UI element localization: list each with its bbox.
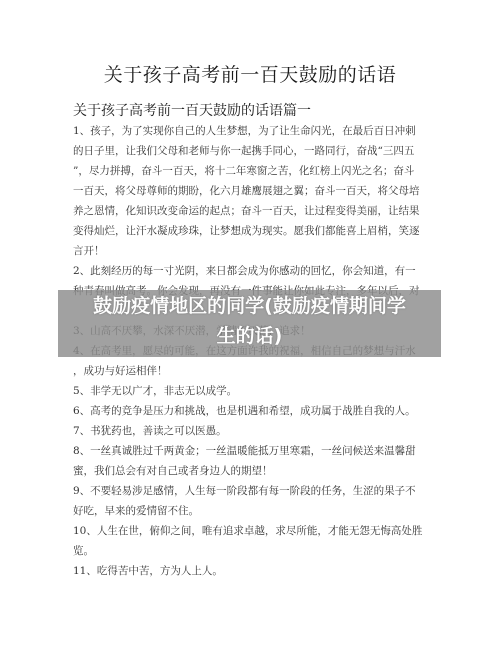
body-line: 11、吃得苦中苦，方为人上人。: [73, 561, 428, 581]
body-line: 7、书犹药也，善读之可以医愚。: [73, 421, 428, 441]
body-line: 9、不要轻易涉足感情，人生每一阶段都有每一阶段的任务，生涩的果子不: [73, 481, 428, 501]
overlay-headline: 鼓励疫情地区的同学(鼓励疫情期间学 生的话): [58, 291, 441, 351]
body-line: 5、非学无以广才，非志无以成学。: [73, 381, 428, 401]
body-line: 8、一丝真诚胜过千两黄金；一丝温暖能抵万里寒霜，一丝问候送来温馨甜: [73, 441, 428, 461]
body-line: 10、人生在世，俯仰之间，唯有追求卓越，求尽所能，才能无怨无悔高处胜: [73, 521, 428, 541]
body-line: 养之恩情，化知识改变命运的起点；奋斗一百天，让过程变得美丽，让结果: [73, 201, 428, 221]
body-line: 蜜，我们总会有对自己或者身边人的期望！: [73, 461, 428, 481]
overlay-headline-line1: 鼓励疫情地区的同学(鼓励疫情期间学: [58, 291, 441, 321]
overlay-headline-line2: 生的话): [58, 321, 441, 351]
body-line: 的日子里，让我们父母和老师与你一起携手同心，一路同行，奋战“三四五: [73, 141, 428, 161]
body-line: 6、高考的竞争是压力和挑战，也是机遇和希望，成功属于战胜自我的人。: [73, 401, 428, 421]
body-line: 览。: [73, 541, 428, 561]
body-line: 好吃，早来的爱情留不住。: [73, 501, 428, 521]
body-line: 一百天，将父母尊师的期盼，化六月雄鹰展翅之翼；奋斗一百天，将父母培: [73, 181, 428, 201]
document-title: 关于孩子高考前一百天鼓励的话语: [0, 60, 500, 87]
body-line: ”，尽力拼搏，奋斗一百天，将十二年寒窗之苦，化红榜上闪光之名；奋斗: [73, 161, 428, 181]
body-line: 1、孩子，为了实现你自己的人生梦想，为了让生命闪光，在最后百日冲刺: [73, 121, 428, 141]
body-line: ，成功与好运相伴！: [73, 361, 428, 381]
body-line: 变得灿烂，让汗水凝成珍珠，让梦想成为现实。愿我们都能喜上眉梢，笑逐: [73, 221, 428, 241]
document-subtitle: 关于孩子高考前一百天鼓励的话语篇一: [73, 100, 311, 120]
body-line: 2、此刻经历的每一寸光阴，来日都会成为你感动的回忆，你会知道，有一: [73, 261, 428, 281]
body-line: 言开！: [73, 241, 428, 261]
